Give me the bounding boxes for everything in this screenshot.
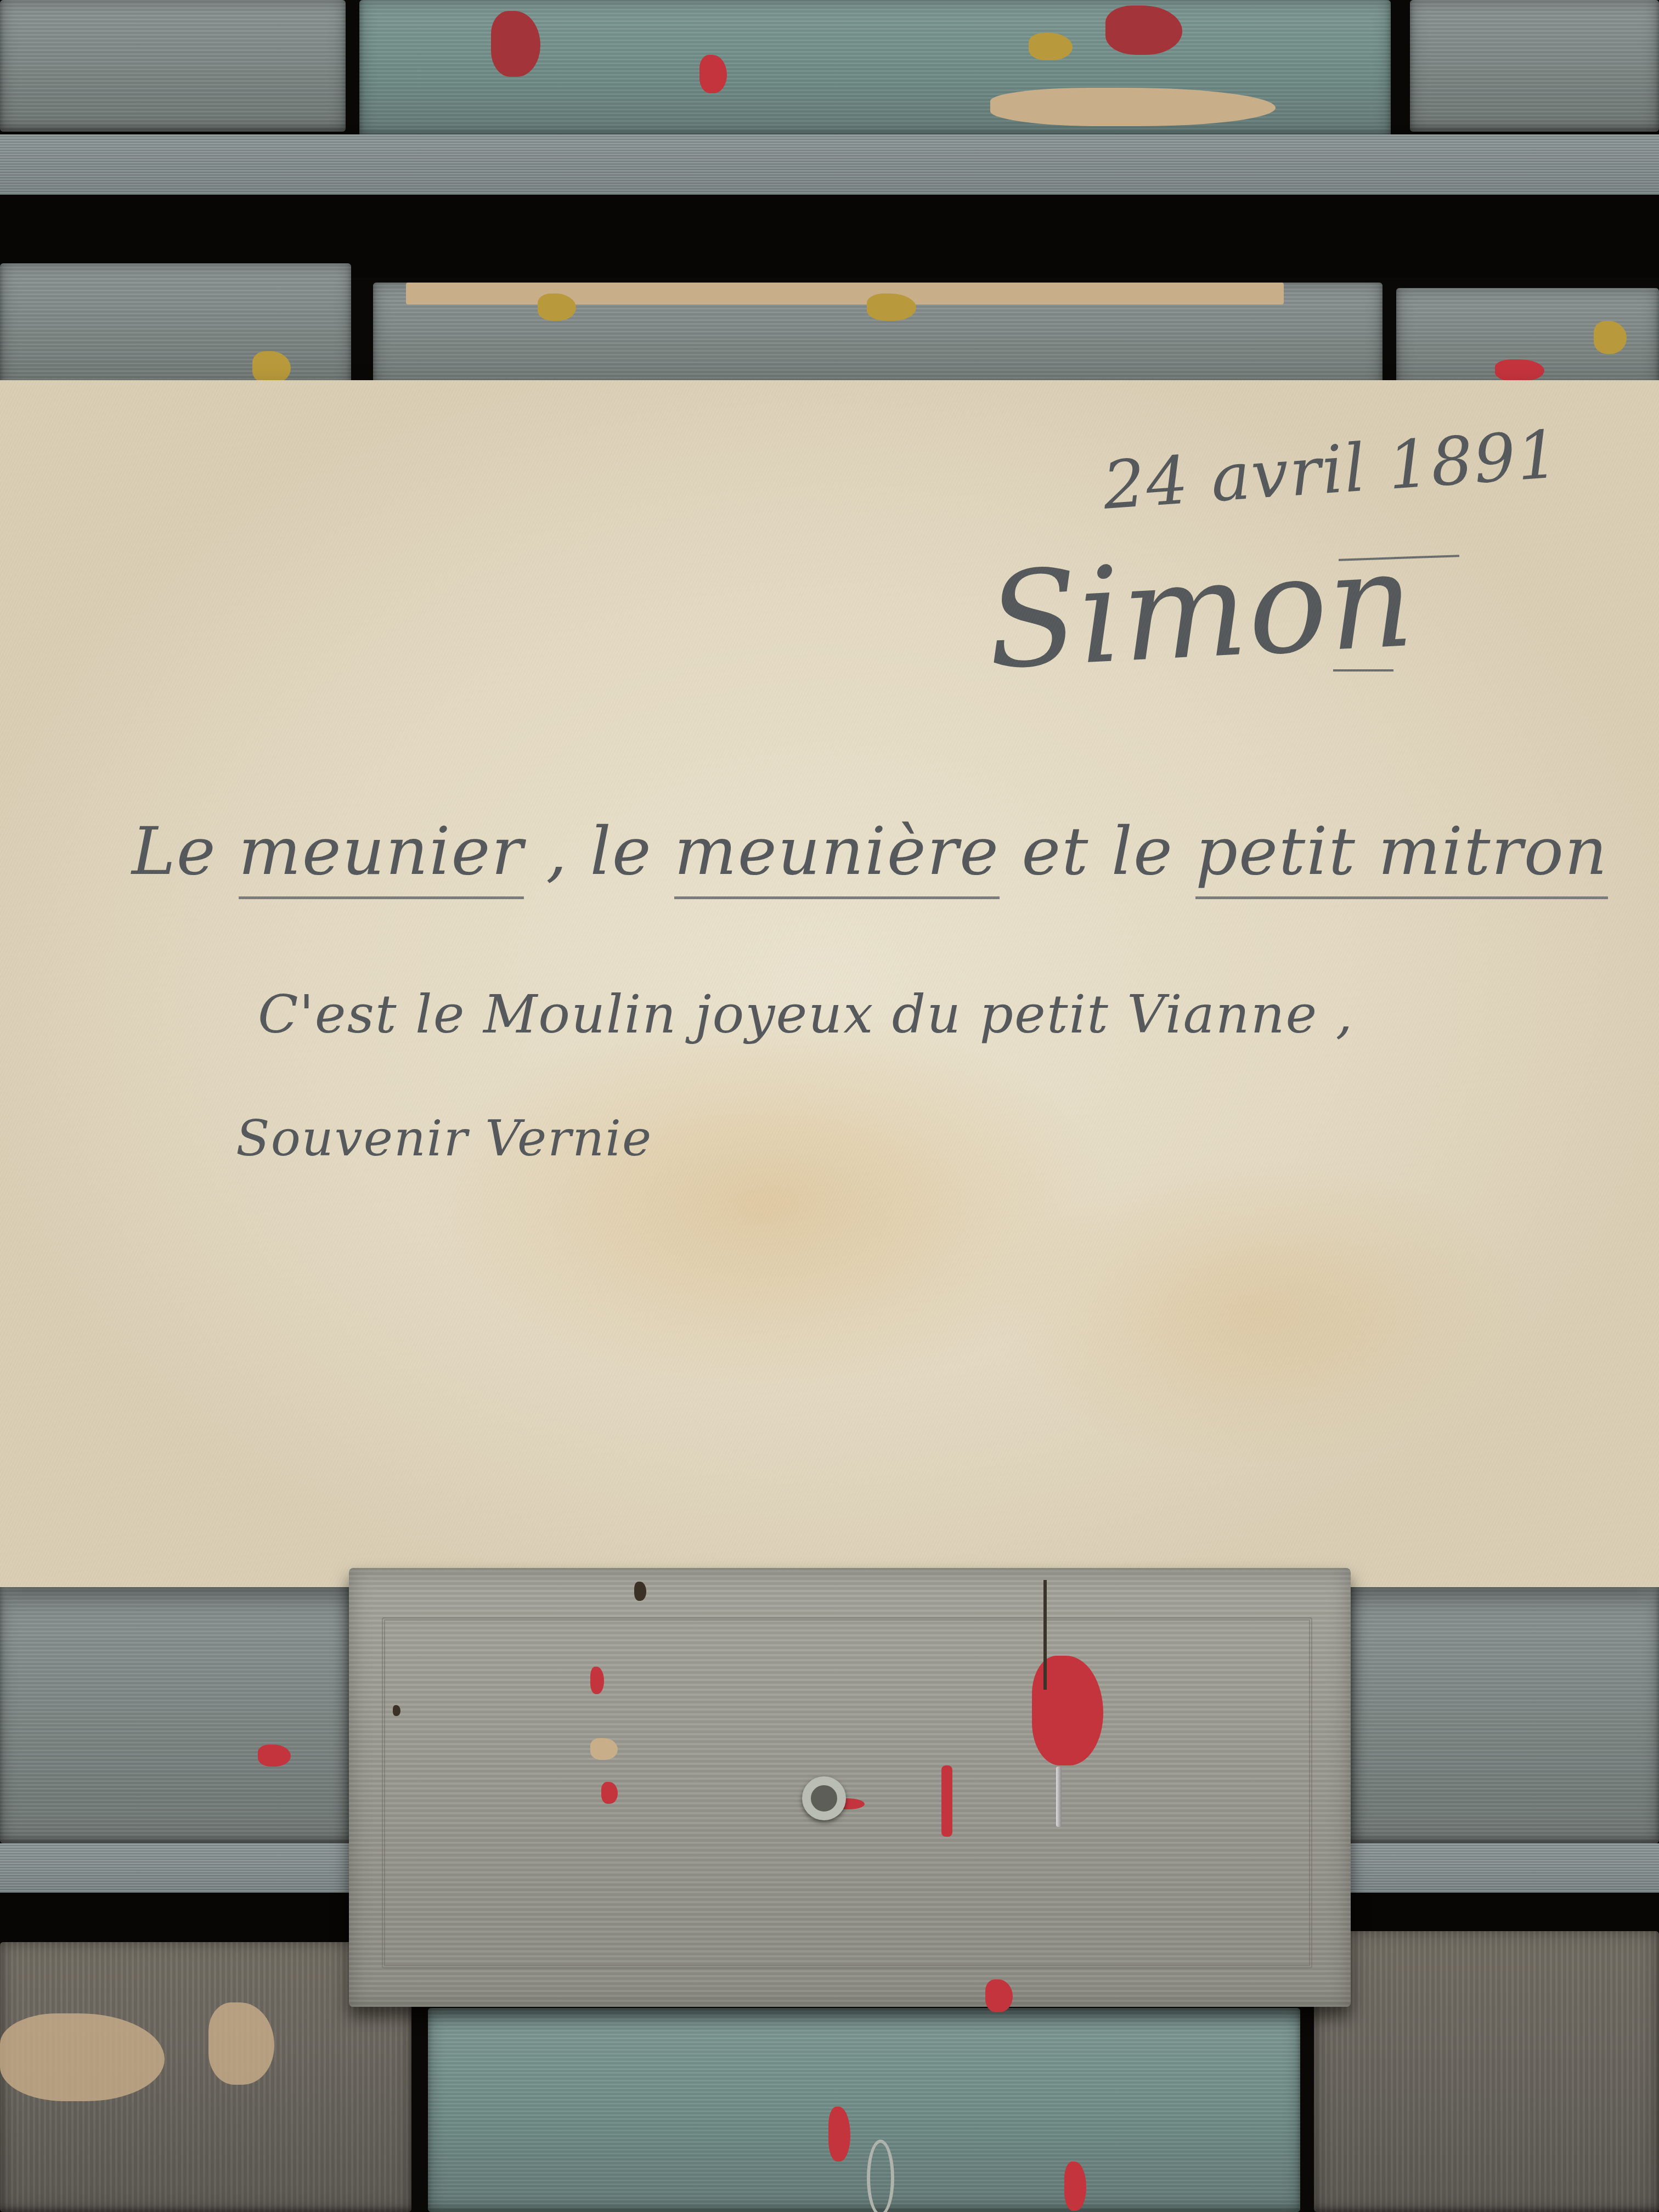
handwritten-card: 24 avril 1891 Simon Le meunier , le meun… bbox=[0, 380, 1659, 1587]
bottom-drawer-ring-pull[interactable] bbox=[867, 2140, 894, 2212]
top-center-drawer bbox=[359, 0, 1391, 137]
card-signature: Simon bbox=[984, 523, 1418, 698]
shelf-rail bbox=[0, 134, 1659, 195]
card-title-line: Le meunier , le meunière et le petit mit… bbox=[132, 814, 1608, 890]
red-paint-chip bbox=[590, 1667, 604, 1694]
ring-pull-icon[interactable] bbox=[802, 1776, 846, 1820]
title-word-le: Le bbox=[132, 814, 239, 890]
front-drawer[interactable] bbox=[349, 1568, 1351, 2007]
top-right-drawer bbox=[1410, 0, 1659, 132]
dark-spot bbox=[393, 1705, 400, 1716]
title-word-petit-mitron: petit mitron bbox=[1195, 814, 1608, 899]
nail-icon bbox=[1056, 1767, 1062, 1827]
card-date: 24 avril 1891 bbox=[1101, 416, 1562, 524]
card-line-2: C'est le Moulin joyeux du petit Vianne , bbox=[258, 984, 1353, 1045]
signature-flourish bbox=[1333, 669, 1393, 672]
red-paint-chip bbox=[601, 1782, 618, 1804]
lower-right-drawer bbox=[1350, 1580, 1659, 1843]
bottom-center-drawer bbox=[428, 2008, 1300, 2212]
title-word-et-le: et le bbox=[1000, 814, 1195, 890]
title-word-meunier: meunier bbox=[239, 814, 524, 899]
drawer-crack bbox=[1043, 1580, 1047, 1690]
red-paint-chip bbox=[941, 1765, 952, 1837]
card-line-3: Souvenir Vernie bbox=[236, 1110, 652, 1167]
drawer-inset-frame bbox=[382, 1617, 1312, 1968]
title-word-le-2: , le bbox=[524, 814, 674, 890]
title-word-meuniere: meunière bbox=[674, 814, 1000, 899]
bottom-right-drawer bbox=[1314, 1931, 1659, 2212]
top-left-drawer bbox=[0, 0, 346, 132]
red-paint-chip bbox=[985, 1979, 1013, 2012]
second-left-drawer bbox=[0, 263, 351, 395]
bare-wood-chip bbox=[590, 1738, 618, 1760]
lower-left-drawer bbox=[0, 1580, 351, 1843]
dark-spot bbox=[634, 1582, 646, 1601]
